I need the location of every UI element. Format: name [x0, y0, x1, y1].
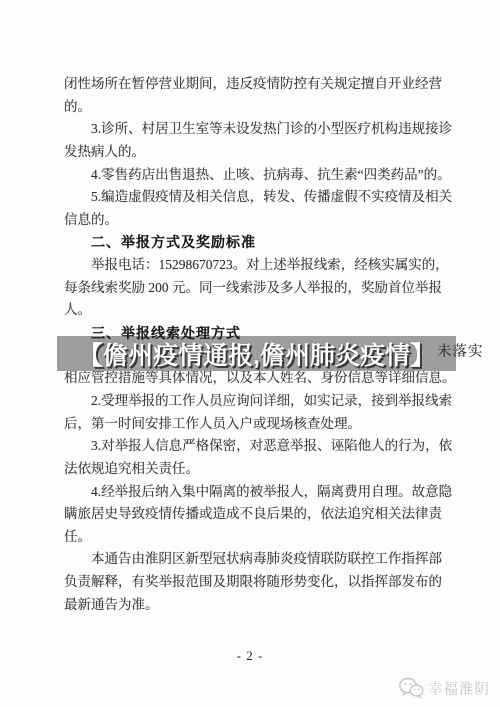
wechat-icon: [398, 677, 424, 699]
document-line: 任。: [64, 526, 445, 549]
document-line: 人。: [64, 299, 445, 322]
document-line: 3.诊所、村居卫生室等未设发热门诊的小型医疗机构违规接诊: [64, 118, 445, 141]
document-line: 4.零售药店出售退热、止咳、抗病毒、抗生素“四类药品”的。: [64, 164, 445, 187]
brand-label: 幸福淮阴: [428, 678, 490, 699]
document-line: 发热病人的。: [64, 141, 445, 164]
document-line: 闭性场所在暂停营业期间，违反疫情防控有关规定擅自开业经营: [64, 73, 445, 96]
document-line: 每条线索奖励 200 元。同一线索涉及多人举报的，奖励首位举报: [64, 277, 445, 300]
section-heading: 三、举报线索处理方式: [64, 322, 445, 345]
document-line: 最新通告为准。: [64, 594, 445, 617]
document-line: 瞒旅居史导致疫情传播或造成不良后果的，依法追究相关法律责: [64, 503, 445, 526]
document-page: 闭性场所在暂停营业期间，违反疫情防控有关规定擅自开业经营的。3.诊所、村居卫生室…: [0, 0, 500, 707]
document-line: 2.受理举报的工作人员应询问详细，如实记录，接到举报线索: [64, 390, 445, 413]
document-line: 3.对举报人信息严格保密，对恶意举报、诬陷他人的行为，依: [64, 435, 445, 458]
document-line: 举报电话：15298670723。对上述举报线索，经核实属实的，: [64, 254, 445, 277]
footer-brand: 幸福淮阴: [398, 676, 490, 700]
document-line: 的。: [64, 96, 445, 119]
document-line: 负责解释，有奖举报范围及期限将随形势变化，以指挥部发布的: [64, 571, 445, 594]
document-line: 4.经举报后纳入集中隔离的被举报人，隔离费用自理。故意隐: [64, 481, 445, 504]
section-heading: 二、举报方式及奖励标准: [64, 231, 445, 254]
document-line: 5.编造虚假疫情及相关信息，转发、传播虚假不实疫情及相关: [64, 186, 445, 209]
document-line: 法依规追究相关责任。: [64, 458, 445, 481]
document-line: 后，第一时间安排工作人员入户或现场核查处理。: [64, 413, 445, 436]
covered-line-tail: 未落实: [437, 340, 484, 361]
document-line: 本通告由淮阴区新型冠状病毒肺炎疫情联防联控工作指挥部: [64, 548, 445, 571]
page-number: - 2 -: [0, 648, 500, 664]
document-line: 信息的。: [64, 209, 445, 232]
